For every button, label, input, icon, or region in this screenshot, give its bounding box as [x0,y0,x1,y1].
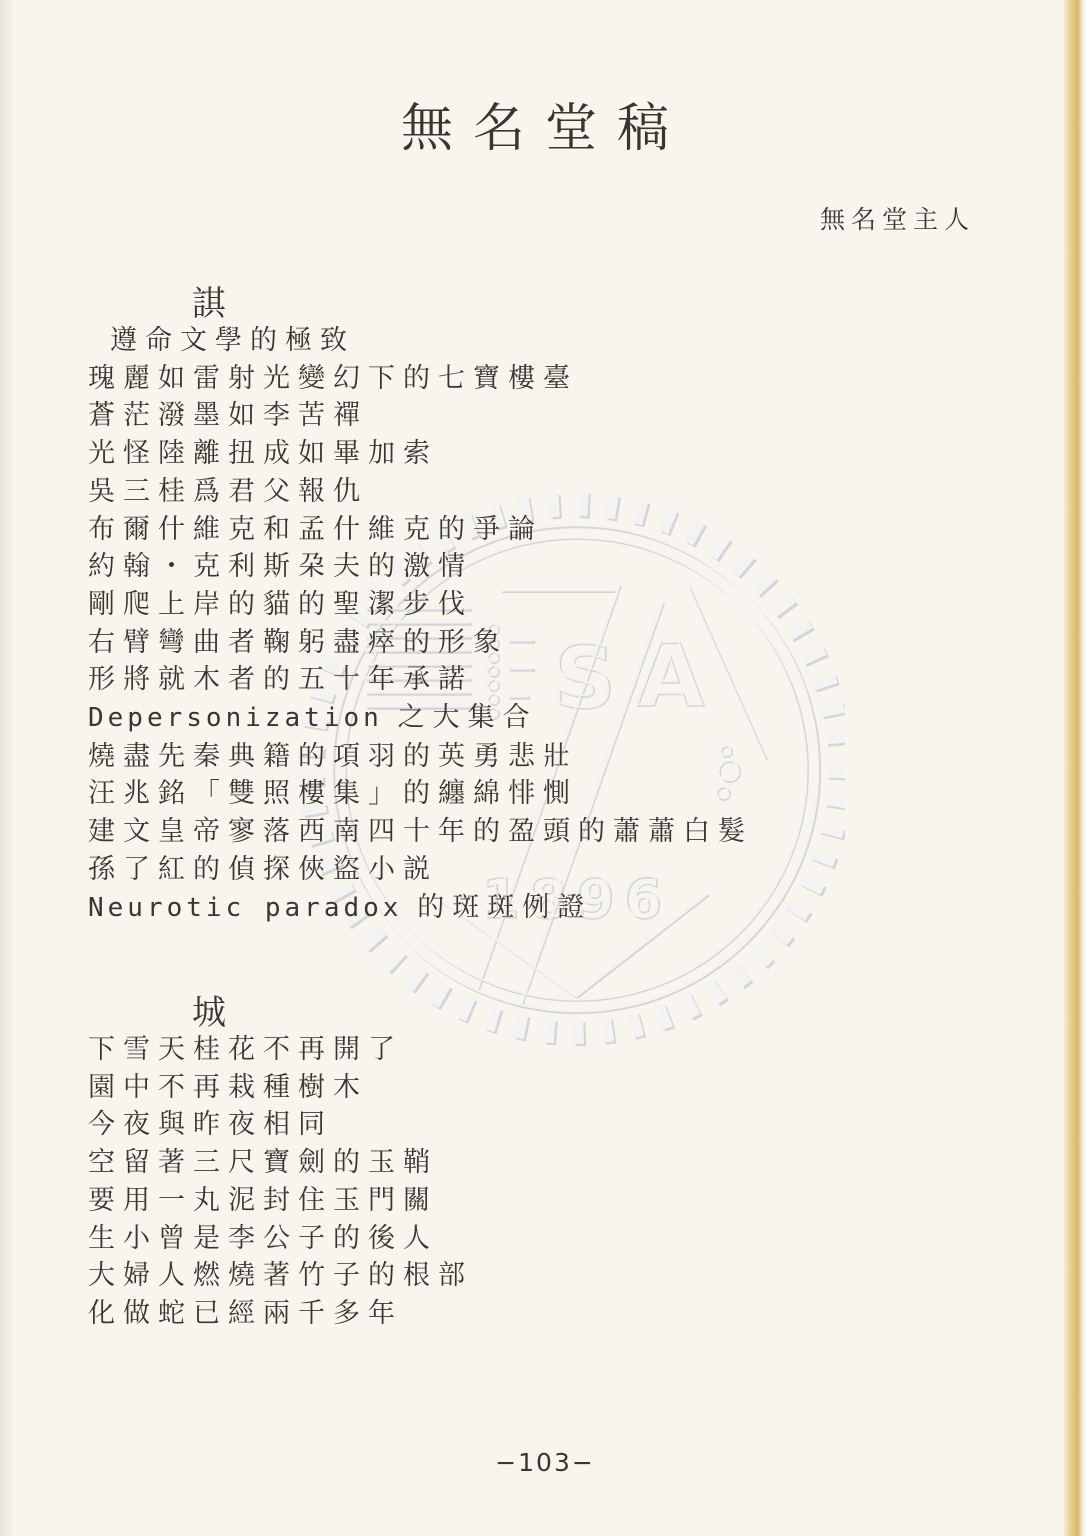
poem-line: 化做蛇已經兩千多年 [88,1295,473,1333]
poem-line: 吳三桂爲君父報仇 [88,473,753,511]
poem-line: 光怪陸離扭成如畢加索 [88,435,753,473]
section-heading-2: 城 [192,985,232,1034]
book-edge-strip [1064,0,1090,1536]
poem-line: 形將就木者的五十年承諾 [88,661,753,699]
poem-line: 生小曾是李公子的後人 [88,1220,473,1258]
poem-line: 瑰麗如雷射光變幻下的七寶樓臺 [88,360,753,398]
poem-section-1: 遵命文學的極致瑰麗如雷射光變幻下的七寶樓臺蒼茫潑墨如李苦禪光怪陸離扭成如畢加索吳… [88,322,753,927]
page-left-shadow [0,0,16,1536]
poem-line: Depersonization 之大集合 [88,699,753,738]
poem-line: Neurotic paradox 的斑斑例證 [88,889,753,928]
poem-line: 蒼茫潑墨如李苦禪 [88,397,753,435]
poem-line: 要用一丸泥封住玉門關 [88,1182,473,1220]
section-heading-1: 諆 [192,276,232,325]
poem-section-2: 下雪天桂花不再開了園中不再栽種樹木今夜與昨夜相同空留著三尺寶劍的玉鞘要用一丸泥封… [88,1031,473,1333]
poem-line: 空留著三尺寶劍的玉鞘 [88,1144,473,1182]
poem-line: 汪兆銘「雙照樓集」的纏綿悱惻 [88,775,753,813]
page-title: 無名堂稿 [0,86,1090,161]
poem-line: 大婦人燃燒著竹子的根部 [88,1257,473,1295]
page-number: −103− [0,1448,1090,1477]
latin-text: Neurotic paradox [88,893,402,923]
latin-text: Depersonization [88,703,383,733]
poem-line: 今夜與昨夜相同 [88,1106,473,1144]
poem-line: 燒盡先秦典籍的項羽的英勇悲壯 [88,738,753,776]
poem-line: 園中不再栽種樹木 [88,1069,473,1107]
poem-line: 下雪天桂花不再開了 [88,1031,473,1069]
poem-line: 孫了紅的偵探俠盜小説 [88,851,753,889]
poem-line: 布爾什維克和孟什維克的爭論 [88,511,753,549]
poem-line: 剛爬上岸的貓的聖潔步伐 [88,586,753,624]
poem-line: 建文皇帝寥落西南四十年的盈頭的蕭蕭白髮 [88,813,753,851]
poem-line: 約翰・克利斯朶夫的激情 [88,548,753,586]
poem-line: 右臂彎曲者鞠躬盡瘁的形象 [88,624,753,662]
author-byline: 無名堂主人 [820,200,975,236]
poem-line: 遵命文學的極致 [110,322,753,360]
